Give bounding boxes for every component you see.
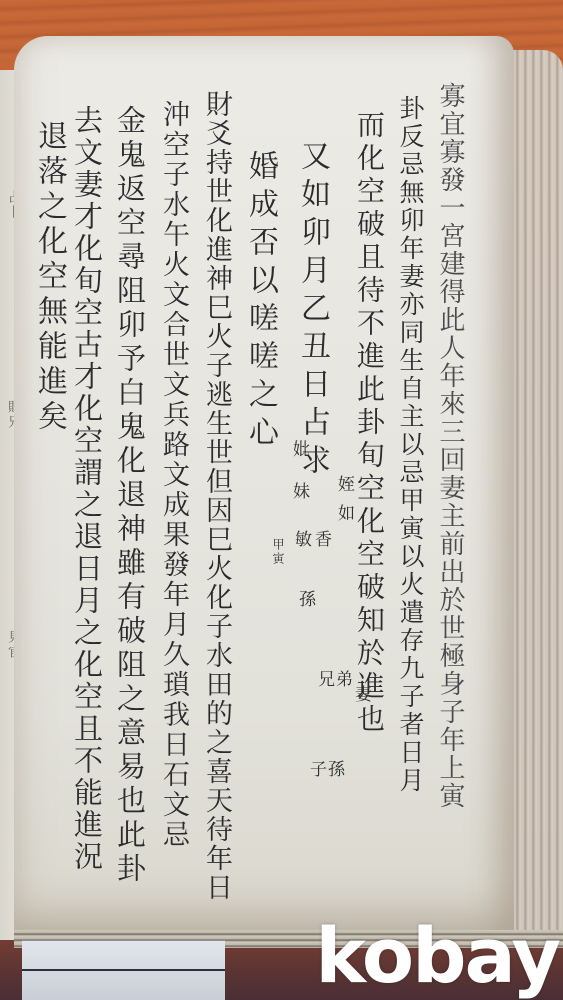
text-column-7: 沖空子水午火文合世文兵路文成果發年月久瑣我日石文忌 bbox=[160, 100, 187, 850]
text-column-6: 財爻持世化進神巳火子逃生世但因巳火化子水田的之喜天待年日 bbox=[203, 90, 230, 902]
annotation: 香 bbox=[312, 530, 329, 555]
slip-rule-line bbox=[22, 969, 225, 971]
text-column-1: 寡宜寡發一宮建得此人年來三回妻主前出於世極身子年上寅 bbox=[437, 82, 463, 810]
annotation: 兄弟 bbox=[318, 672, 354, 689]
annotation: 妻 bbox=[352, 685, 369, 710]
annotation: 敏 bbox=[292, 530, 309, 555]
annotation: 妣 bbox=[290, 440, 307, 465]
text-column-8: 金鬼返空尋阻卯予白鬼化退神雖有破阻之意易也此卦 bbox=[115, 105, 144, 887]
text-column-9: 去文妻才化旬空古才化空謂之退日月之化空且不能進況 bbox=[72, 105, 101, 873]
text-column-4: 又如卯月乙丑日占求 bbox=[297, 140, 327, 482]
annotation: 子孫 bbox=[310, 762, 346, 779]
annotation: 妹 bbox=[290, 482, 307, 507]
annotation: 姪如 bbox=[335, 475, 352, 533]
text-column-2: 卦反忌無卯年妻亦同生自主以忌甲寅以火遣存九子者日月 bbox=[398, 95, 423, 795]
text-column-5: 婚成否以嗟嗟之心 bbox=[245, 150, 275, 454]
paper-slip bbox=[22, 940, 225, 1000]
annotation: 孫 bbox=[296, 590, 313, 615]
text-column-10: 退落之化空無能進矣 bbox=[34, 120, 64, 435]
annotation: 甲寅 bbox=[272, 538, 284, 566]
text-column-3: 而化空破且待不進此卦旬空化空破知於進也 bbox=[355, 110, 383, 737]
kobay-watermark-logo: kobay bbox=[315, 918, 559, 994]
